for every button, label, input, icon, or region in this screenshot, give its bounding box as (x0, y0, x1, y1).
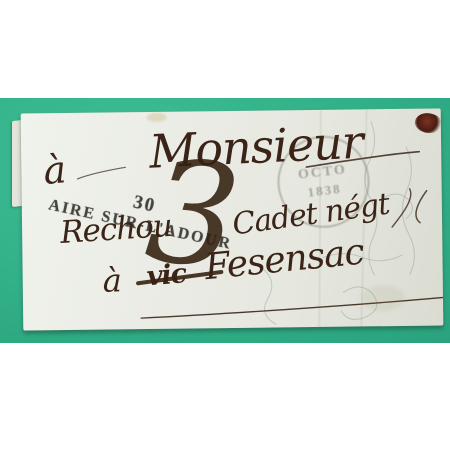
photo-frame: 30 AIRE SUR-L'ADOUR OCTO 1838 à Monsieur… (0, 0, 450, 450)
destination-prefix-script: à (103, 264, 121, 296)
address-prefix-script: à (42, 150, 67, 190)
letter-cover: 30 AIRE SUR-L'ADOUR OCTO 1838 à Monsieur… (21, 108, 444, 330)
